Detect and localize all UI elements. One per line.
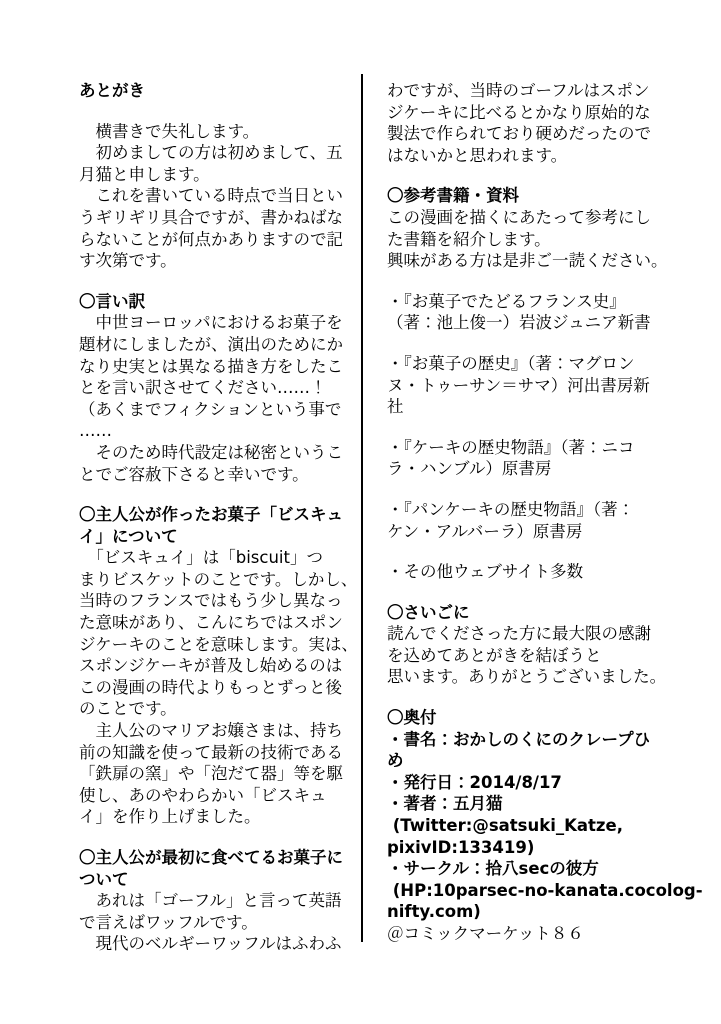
text-line: 使し、あのやわらかい「ビスキュ xyxy=(79,785,357,807)
text-line: ・その他ウェブサイト多数 xyxy=(387,561,671,583)
text-line: （著：池上俊一）岩波ジュニア新書 xyxy=(387,312,671,334)
heading-line: nifty.com) xyxy=(387,901,671,923)
text-line: 題材にしましたが、演出のためにか xyxy=(79,334,357,356)
section-colophon: 〇奥付・書名：おかしのくにのクレープひめ・発行日：2014/8/17・著者：五月… xyxy=(387,707,671,945)
reference-book-3: ・『ケーキの歴史物語』（著：ニコラ・ハンブル）原書房 xyxy=(387,437,671,480)
afterword-page: あとがき 横書きで失礼します。 初めましての方は初めまして、五月猫と申します。 … xyxy=(0,0,721,1024)
text-line: す次第です。 xyxy=(79,250,357,272)
text-line: イ」を作り上げました。 xyxy=(79,806,357,828)
text-line: あれは「ゴーフル」と言って英語 xyxy=(79,890,357,912)
text-line: 思います。ありがとうございました。 xyxy=(387,666,671,688)
text-line: で言えばワッフルです。 xyxy=(79,912,357,934)
heading-line: 〇参考書籍・資料 xyxy=(387,185,671,207)
heading-line: 〇主人公が作ったお菓子「ビスキュ xyxy=(79,504,357,526)
text-line: ジケーキのことを意味します。実は、 xyxy=(79,634,357,656)
text-line: 興味がある方は是非ご一読ください。 xyxy=(387,250,671,272)
text-line: ・『お菓子でたどるフランス史』 xyxy=(387,291,671,313)
reference-websites: ・その他ウェブサイト多数 xyxy=(387,561,671,583)
heading-line: あとがき xyxy=(79,80,357,102)
heading-line: 〇さいごに xyxy=(387,602,671,624)
text-line: ケン・アルバーラ）原書房 xyxy=(387,521,671,543)
section-finally: 〇さいごに読んでくださった方に最大限の感謝を込めてあとがきを結ぼうと思います。あ… xyxy=(387,602,671,688)
text-line: 当時のフランスではもう少し異なっ xyxy=(79,590,357,612)
heading-line: 〇主人公が最初に食べてるお菓子に xyxy=(79,847,357,869)
text-line: スポンジケーキが普及し始めるのは xyxy=(79,655,357,677)
text-line: ・『ケーキの歴史物語』（著：ニコ xyxy=(387,437,671,459)
text-line: まりビスケットのことです。しかし、 xyxy=(79,569,357,591)
text-line: うギリギリ具合ですが、書かねばな xyxy=(79,207,357,229)
heading-line: ・書名：おかしのくにのクレープひ xyxy=(387,729,671,751)
reference-book-1: ・『お菓子でたどるフランス史』（著：池上俊一）岩波ジュニア新書 xyxy=(387,291,671,334)
heading-line: ついて xyxy=(79,869,357,891)
text-line: これを書いている時点で当日とい xyxy=(79,185,357,207)
text-line: 現代のベルギーワッフルはふわふ xyxy=(79,933,357,955)
text-line: そのため時代設定は秘密というこ xyxy=(79,442,357,464)
text-line: 社 xyxy=(387,396,671,418)
reference-book-2: ・『お菓子の歴史』（著：マグロンヌ・トゥーサン＝サマ）河出書房新社 xyxy=(387,353,671,418)
text-line: ラ・ハンブル）原書房 xyxy=(387,458,671,480)
intro-paragraphs: 横書きで失礼します。 初めましての方は初めまして、五月猫と申します。 これを書い… xyxy=(79,121,357,272)
text-line: とでご容赦下さると幸いです。 xyxy=(79,464,357,486)
heading-line: ・著者：五月猫 xyxy=(387,793,671,815)
text-line: わですが、当時のゴーフルはスポン xyxy=(387,80,671,102)
text-line: のことです。 xyxy=(79,698,357,720)
afterword-title: あとがき xyxy=(79,80,357,102)
text-line: らないことが何点かありますので記 xyxy=(79,229,357,251)
heading-line: 〇言い訳 xyxy=(79,291,357,313)
section-first-sweet-eaten: 〇主人公が最初に食べてるお菓子について あれは「ゴーフル」と言って英語で言えばワ… xyxy=(79,847,357,955)
text-line: 中世ヨーロッパにおけるお菓子を xyxy=(79,312,357,334)
text-line: 月猫と申します。 xyxy=(79,164,357,186)
text-line: とを言い訳させてください……！ xyxy=(79,377,357,399)
text-line: 「ビスキュイ」は「biscuit」つ xyxy=(79,547,357,569)
text-line: 主人公のマリアお嬢さまは、持ち xyxy=(79,720,357,742)
section-excuse: 〇言い訳 中世ヨーロッパにおけるお菓子を題材にしましたが、演出のためにかなり史実… xyxy=(79,291,357,485)
heading-line: め xyxy=(387,750,671,772)
heading-line: pixivID:133419) xyxy=(387,837,671,859)
text-line: 製法で作られており硬めだったので xyxy=(387,123,671,145)
right-column: わですが、当時のゴーフルはスポンジケーキに比べるとかなり原始的な製法で作られてお… xyxy=(387,80,671,945)
text-line: この漫画を描くにあたって参考にし xyxy=(387,207,671,229)
text-line: を込めてあとがきを結ぼうと xyxy=(387,645,671,667)
text-line: ＠コミックマーケット８６ xyxy=(387,923,671,945)
text-line: ジケーキに比べるとかなり原始的な xyxy=(387,102,671,124)
section-biscuit-made-by-heroine: 〇主人公が作ったお菓子「ビスキュイ」について 「ビスキュイ」は「biscuit」… xyxy=(79,504,357,828)
column-divider xyxy=(361,74,363,942)
text-line: （あくまでフィクションという事で xyxy=(79,399,357,421)
text-line: 前の知識を使って最新の技術である xyxy=(79,742,357,764)
text-line: なり史実とは異なる描き方をしたこ xyxy=(79,356,357,378)
heading-line: 〇奥付 xyxy=(387,707,671,729)
heading-line: (HP:10parsec-no-kanata.cocolog- xyxy=(387,880,671,902)
text-line: ヌ・トゥーサン＝サマ）河出書房新 xyxy=(387,375,671,397)
text-line: この漫画の時代よりもっとずっと後 xyxy=(79,677,357,699)
text-line: た意味があり、こんにちではスポン xyxy=(79,612,357,634)
text-line: 読んでくださった方に最大限の感謝 xyxy=(387,623,671,645)
text-line: はないかと思われます。 xyxy=(387,145,671,167)
text-line: …… xyxy=(79,420,357,442)
left-column: あとがき 横書きで失礼します。 初めましての方は初めまして、五月猫と申します。 … xyxy=(79,80,357,955)
text-line: 横書きで失礼します。 xyxy=(79,121,357,143)
text-line: ・『パンケーキの歴史物語』（著： xyxy=(387,499,671,521)
text-line: ・『お菓子の歴史』（著：マグロン xyxy=(387,353,671,375)
continuation-paragraph: わですが、当時のゴーフルはスポンジケーキに比べるとかなり原始的な製法で作られてお… xyxy=(387,80,671,166)
heading-line: イ」について xyxy=(79,526,357,548)
section-references: 〇参考書籍・資料この漫画を描くにあたって参考にした書籍を紹介します。興味がある方… xyxy=(387,185,671,271)
text-line: 「鉄扉の窯」や「泡だて器」等を駆 xyxy=(79,763,357,785)
heading-line: ・サークル：拾八secの彼方 xyxy=(387,858,671,880)
heading-line: ・発行日：2014/8/17 xyxy=(387,772,671,794)
text-line: た書籍を紹介します。 xyxy=(387,229,671,251)
heading-line: (Twitter:@satsuki_Katze, xyxy=(387,815,671,837)
reference-book-4: ・『パンケーキの歴史物語』（著：ケン・アルバーラ）原書房 xyxy=(387,499,671,542)
text-line: 初めましての方は初めまして、五 xyxy=(79,142,357,164)
